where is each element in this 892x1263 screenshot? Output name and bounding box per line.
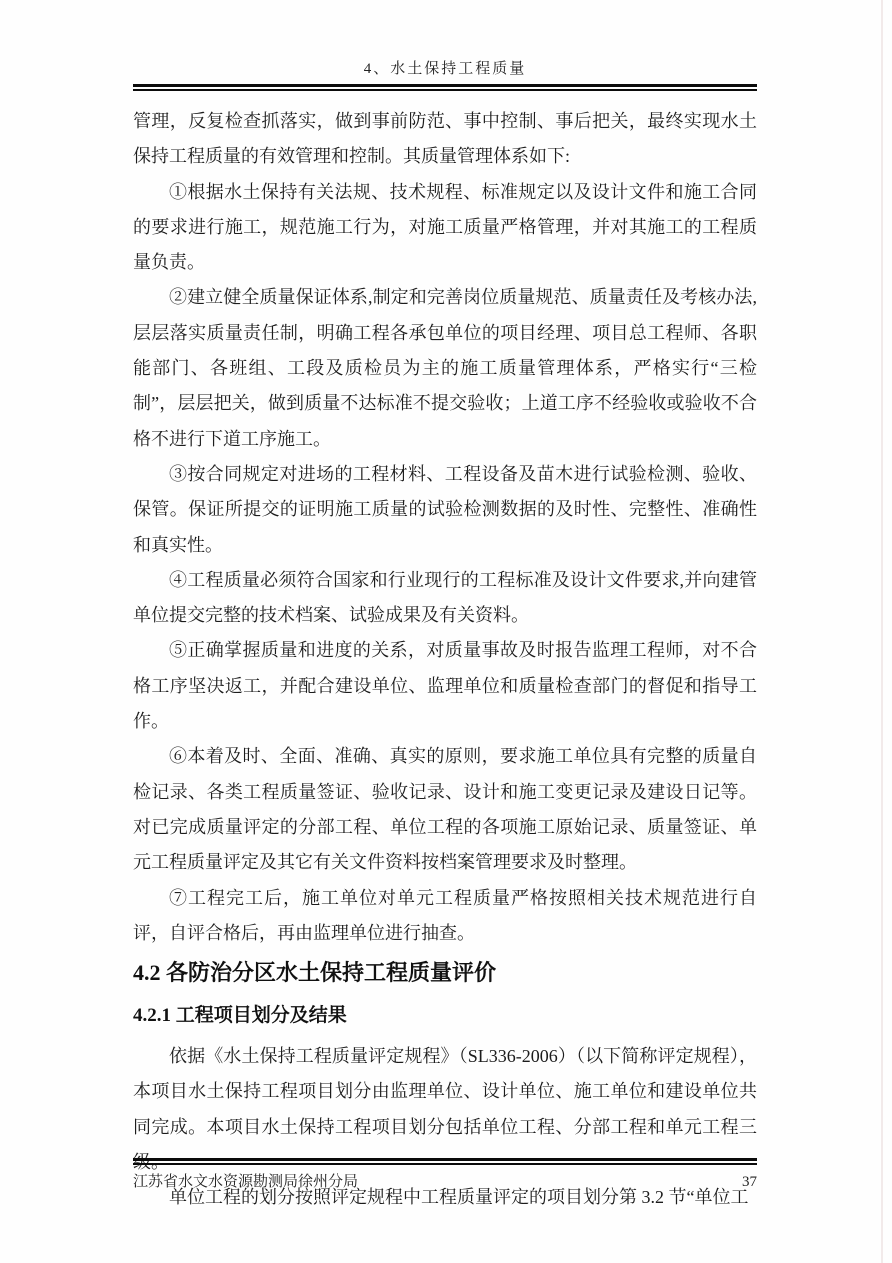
paragraph-item-4: ④工程质量必须符合国家和行业现行的工程标准及设计文件要求,并向建管单位提交完整的… [133, 563, 757, 634]
subsection-heading: 4.2.1 工程项目划分及结果 [133, 1003, 757, 1029]
header-title: 4、水土保持工程质量 [133, 57, 757, 78]
paragraph-item-3: ③按合同规定对进场的工程材料、工程设备及苗木进行试验检测、验收、保管。保证所提交… [133, 457, 757, 563]
footer-rule-thick [133, 1158, 757, 1161]
page-footer: 江苏省水文水资源勘测局徐州分局 37 [133, 1158, 757, 1191]
page-header: 4、水土保持工程质量 [133, 0, 757, 91]
document-body: 管理，反复检查抓落实，做到事前防范、事中控制、事后把关，最终实现水土保持工程质量… [133, 104, 757, 1216]
paragraph-item-2: ②建立健全质量保证体系,制定和完善岗位质量规范、质量责任及考核办法,层层落实质量… [133, 280, 757, 456]
footer-page-number: 37 [742, 1174, 757, 1191]
paragraph-intro: 管理，反复检查抓落实，做到事前防范、事中控制、事后把关，最终实现水土保持工程质量… [133, 104, 757, 175]
footer-rule-thin [133, 1163, 757, 1165]
paragraph-item-7: ⑦工程完工后，施工单位对单元工程质量严格按照相关技术规范进行自评，自评合格后，再… [133, 881, 757, 952]
paragraph-item-6: ⑥本着及时、全面、准确、真实的原则，要求施工单位具有完整的质量自检记录、各类工程… [133, 739, 757, 880]
scan-edge-line [881, 0, 883, 1263]
header-rule-thick [133, 84, 757, 87]
document-page: 4、水土保持工程质量 管理，反复检查抓落实，做到事前防范、事中控制、事后把关，最… [0, 0, 892, 1263]
header-rule-thin [133, 89, 757, 91]
paragraph-item-5: ⑤正确掌握质量和进度的关系，对质量事故及时报告监理工程师，对不合格工序坚决返工，… [133, 633, 757, 739]
paragraph-item-1: ①根据水土保持有关法规、技术规程、标准规定以及设计文件和施工合同的要求进行施工，… [133, 175, 757, 281]
footer-row: 江苏省水文水资源勘测局徐州分局 37 [133, 1170, 757, 1191]
footer-organization: 江苏省水文水资源勘测局徐州分局 [133, 1170, 358, 1191]
section-heading: 4.2 各防治分区水土保持工程质量评价 [133, 957, 757, 989]
